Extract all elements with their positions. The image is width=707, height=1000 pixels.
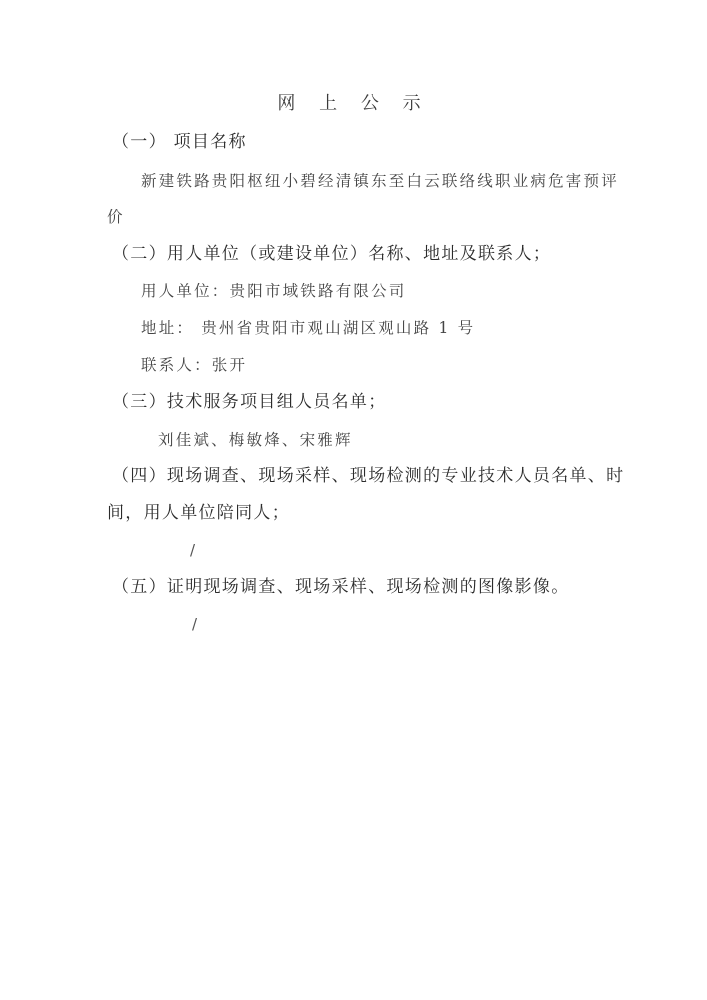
section-4-heading-line-2: 间，用人单位陪同人； <box>107 503 290 523</box>
document-page: 网 上 公 示 （一） 项目名称 新建铁路贵阳枢纽小碧经清镇东至白云联络线职业病… <box>0 0 707 1000</box>
section-4-heading-line-1: （四）现场调查、现场采样、现场检测的专业技术人员名单、时 <box>112 466 624 486</box>
section-5-content: / <box>192 614 198 634</box>
project-name-line-1: 新建铁路贵阳枢纽小碧经清镇东至白云联络线职业病危害预评 <box>141 171 619 191</box>
employer-contact: 联系人：张开 <box>141 355 247 375</box>
employer-unit: 用人单位：贵阳市域铁路有限公司 <box>141 281 407 301</box>
project-team-members: 刘佳斌、梅敏烽、宋雅辉 <box>158 430 353 450</box>
project-name-line-2: 价 <box>107 207 125 227</box>
section-5-heading: （五）证明现场调查、现场采样、现场检测的图像影像。 <box>112 577 570 597</box>
employer-address: 地址： 贵州省贵阳市观山湖区观山路 1 号 <box>141 318 475 338</box>
page-title: 网 上 公 示 <box>0 94 707 114</box>
section-3-heading: （三）技术服务项目组人员名单； <box>112 392 387 412</box>
section-2-heading: （二）用人单位（或建设单位）名称、地址及联系人； <box>112 244 551 264</box>
section-4-content: / <box>190 540 196 560</box>
section-1-heading: （一） 项目名称 <box>112 132 247 152</box>
